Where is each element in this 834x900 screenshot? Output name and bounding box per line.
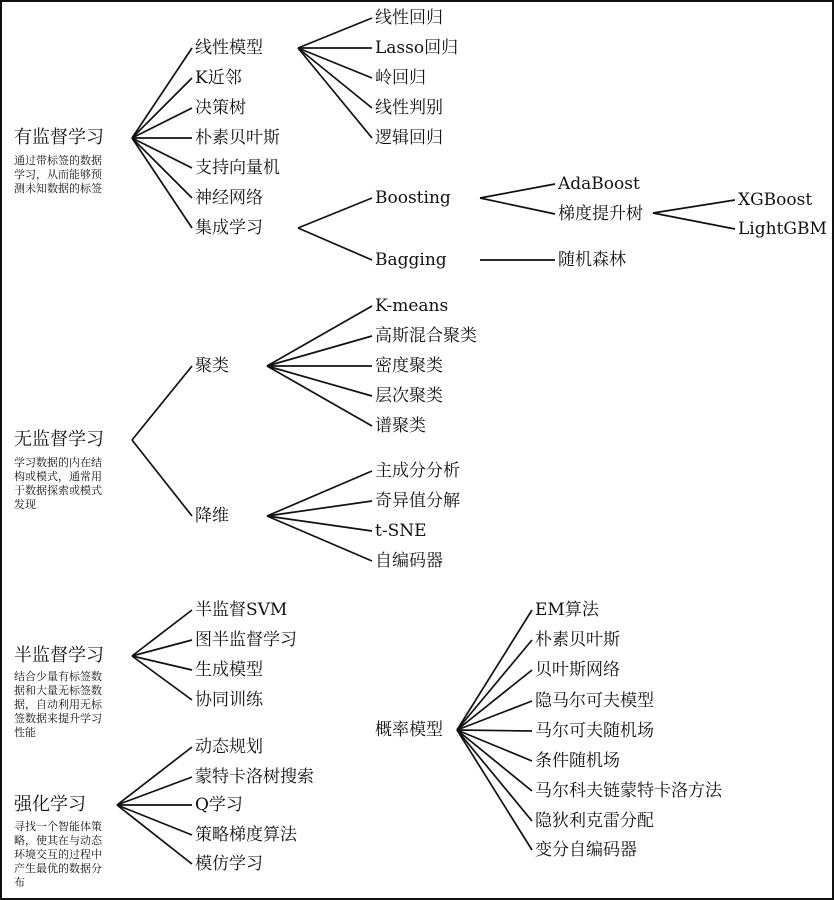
node: K近邻 bbox=[195, 68, 242, 88]
ml-taxonomy-diagram: 有监督学习 通过带标签的数据学习，从而能够预测未知数据的标签 无监督学习 学习数… bbox=[0, 0, 834, 900]
category-supervised: 有监督学习 bbox=[14, 127, 104, 149]
node: 随机森林 bbox=[558, 250, 626, 270]
node: 贝叶斯网络 bbox=[535, 660, 620, 680]
node-prob-model: 概率模型 bbox=[375, 720, 443, 740]
node: 马尔科夫链蒙特卡洛方法 bbox=[535, 781, 722, 801]
node: 集成学习 bbox=[195, 218, 263, 238]
category-reinforcement: 强化学习 bbox=[14, 794, 86, 816]
node: 变分自编码器 bbox=[535, 840, 637, 860]
node: 模仿学习 bbox=[195, 854, 263, 874]
node: 逻辑回归 bbox=[375, 128, 443, 148]
node: 生成模型 bbox=[195, 660, 263, 680]
node: Q学习 bbox=[195, 795, 243, 815]
node: Lasso回归 bbox=[375, 38, 458, 58]
node: AdaBoost bbox=[558, 174, 640, 194]
node: 层次聚类 bbox=[375, 386, 443, 406]
node: 岭回归 bbox=[375, 68, 426, 88]
node: 密度聚类 bbox=[375, 356, 443, 376]
node: 隐狄利克雷分配 bbox=[535, 811, 654, 831]
node: 降维 bbox=[195, 506, 229, 526]
node: LightGBM bbox=[738, 219, 827, 239]
node: 朴素贝叶斯 bbox=[535, 630, 620, 650]
node: 马尔可夫随机场 bbox=[535, 721, 654, 741]
node: 自编码器 bbox=[375, 551, 443, 571]
node: 线性模型 bbox=[195, 38, 263, 58]
node: 朴素贝叶斯 bbox=[195, 128, 280, 148]
category-supervised-desc: 通过带标签的数据学习，从而能够预测未知数据的标签 bbox=[14, 154, 106, 196]
node: 条件随机场 bbox=[535, 751, 620, 771]
node: 动态规划 bbox=[195, 737, 263, 757]
node: 线性判别 bbox=[375, 98, 443, 118]
node: 决策树 bbox=[195, 98, 246, 118]
node: t-SNE bbox=[375, 521, 427, 541]
node: 谱聚类 bbox=[375, 416, 426, 436]
category-semi-supervised-desc: 结合少量有标签数据和大量无标签数据，自动利用无标签数据来提升学习性能 bbox=[14, 670, 106, 740]
node: EM算法 bbox=[535, 600, 599, 620]
node: 神经网络 bbox=[195, 188, 263, 208]
node: 图半监督学习 bbox=[195, 630, 297, 650]
node: 蒙特卡洛树搜索 bbox=[195, 767, 314, 787]
category-reinforcement-desc: 寻找一个智能体策略，使其在与动态环境交互的过程中产生最优的数据分布 bbox=[14, 820, 106, 890]
node: Bagging bbox=[375, 250, 447, 270]
node: 聚类 bbox=[195, 356, 229, 376]
category-semi-supervised: 半监督学习 bbox=[14, 645, 104, 667]
node: 半监督SVM bbox=[195, 600, 287, 620]
category-unsupervised: 无监督学习 bbox=[14, 429, 104, 451]
node: 主成分分析 bbox=[375, 461, 460, 481]
node: 隐马尔可夫模型 bbox=[535, 691, 654, 711]
category-unsupervised-desc: 学习数据的内在结构或模式，通常用于数据探索或模式发现 bbox=[14, 456, 106, 512]
node: 支持向量机 bbox=[195, 158, 280, 178]
node: 策略梯度算法 bbox=[195, 825, 297, 845]
node: 奇异值分解 bbox=[375, 491, 460, 511]
node: 高斯混合聚类 bbox=[375, 326, 477, 346]
node: 线性回归 bbox=[375, 8, 443, 28]
node: K-means bbox=[375, 296, 448, 316]
node: Boosting bbox=[375, 188, 451, 208]
node: 协同训练 bbox=[195, 690, 263, 710]
node: XGBoost bbox=[738, 190, 812, 210]
node: 梯度提升树 bbox=[558, 204, 643, 224]
